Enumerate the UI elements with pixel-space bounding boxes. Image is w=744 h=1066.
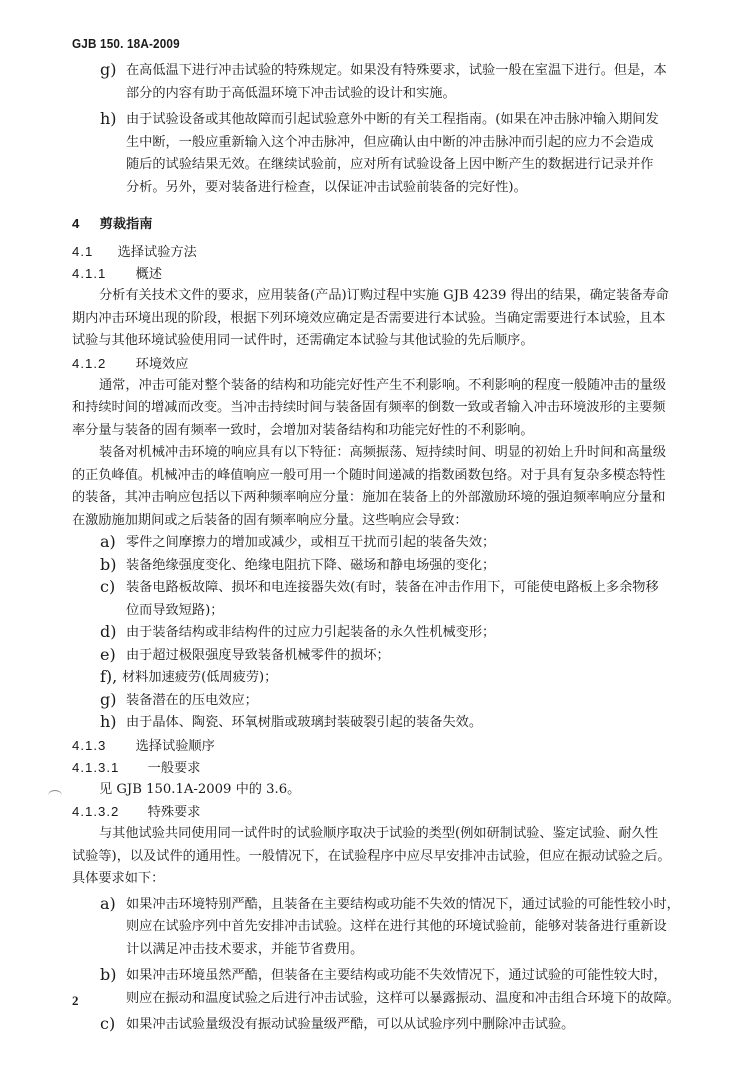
section-heading-4: 4 剪裁指南	[72, 213, 682, 235]
list-text-line: 生中断，一般应重新输入这个冲击脉冲，但应确认由中断的冲击脉冲而引起的应力不会造成	[126, 132, 682, 155]
paragraph-general-requirements: 见 GJB 150.1A-2009 中的 3.6。	[72, 779, 682, 802]
intro-list: g) 在高低温下进行冲击试验的特殊规定。如果没有特殊要求，试验一般在室温下进行。…	[72, 60, 682, 199]
paragraph-line: 试验等)，以及试件的通用性。一般情况下，在试验程序中应尽早安排冲击试验，但应在振…	[72, 846, 682, 869]
paragraph-line: 具体要求如下：	[72, 868, 682, 891]
section-title: 选择试验顺序	[136, 738, 215, 753]
list-text-line: 由于装备结构或非结构件的过应力引起装备的永久性机械变形；	[126, 622, 682, 645]
list-item-b: b) 如果冲击环境虽然严酷，但装备在主要结构或功能不失效情况下，通过试验的可能性…	[72, 965, 682, 1010]
section-title: 一般要求	[148, 760, 201, 775]
list-item-a: a) 如果冲击环境特别严酷，且装备在主要结构或功能不失效的情况下，通过试验的可能…	[72, 894, 682, 962]
list-text-line: 部分的内容有助于高低温环境下冲击试验的设计和实施。	[126, 83, 682, 106]
paragraph-line: 的装备，其冲击响应包括以下两种频率响应分量：施加在装备上的外部激励环境的强迫频率…	[72, 487, 682, 510]
list-label: h)	[100, 712, 117, 731]
list-text-line: 位而导致短路)；	[126, 600, 682, 623]
paragraph-line: 和持续时间的增减而改变。当冲击持续时间与装备固有频率的倒数一致或者输入冲击环境波…	[72, 397, 682, 420]
sequence-list: a) 如果冲击环境特别严酷，且装备在主要结构或功能不失效的情况下，通过试验的可能…	[72, 894, 682, 1037]
list-text-line: 在高低温下进行冲击试验的特殊规定。如果没有特殊要求，试验一般在室温下进行。但是，…	[126, 60, 682, 83]
section-number: 4.1	[72, 241, 114, 263]
paragraph-special-requirements: 与其他试验共同使用同一试件时的试验顺序取决于试验的类型(例如研制试验、鉴定试验、…	[72, 823, 682, 891]
list-item-a: a) 零件之间摩擦力的增加或减少，或相互干扰而引起的装备失效；	[72, 532, 682, 555]
section-number: 4.1.2	[72, 353, 132, 375]
list-item-g: g) 在高低温下进行冲击试验的特殊规定。如果没有特殊要求，试验一般在室温下进行。…	[72, 60, 682, 105]
list-text-line: 由于试验设备或其他故障而引起试验意外中断的有关工程指南。(如果在冲击脉冲输入期间…	[126, 109, 682, 132]
section-heading-4-1-3: 4.1.3 选择试验顺序	[72, 735, 682, 757]
list-label: a)	[100, 894, 116, 913]
paragraph-line: 试验与其他环境试验使用同一试件时，还需确定本试验与其他试验的先后顺序。	[72, 330, 682, 353]
list-text-line: 如果冲击环境特别严酷，且装备在主要结构或功能不失效的情况下，通过试验的可能性较小…	[126, 894, 682, 917]
list-text-line: 装备绝缘强度变化、绝缘电阻抗下降、磁场和静电场强的变化；	[126, 555, 682, 578]
paragraph-line: 在激励施加期间或之后装备的固有频率响应分量。这些响应会导致：	[72, 510, 682, 533]
section-number: 4	[72, 213, 96, 235]
list-item-g: g) 装备潜在的压电效应；	[72, 690, 682, 713]
section-heading-4-1-3-2: 4.1.3.2 特殊要求	[72, 801, 682, 823]
list-text-line: 则应在振动和温度试验之后进行冲击试验，这样可以暴露振动、温度和冲击组合环境下的故…	[126, 988, 682, 1011]
list-item-c: c) 装备电路板故障、损坏和电连接器失效(有时，装备在冲击作用下，可能使电路板上…	[72, 577, 682, 622]
document-id-header: GJB 150. 18A-2009	[72, 36, 180, 51]
paragraph-line: 通常，冲击可能对整个装备的结构和功能完好性产生不利影响。不利影响的程度一般随冲击…	[72, 375, 682, 398]
list-item-f: f), 材料加速疲劳(低周疲劳)；	[72, 667, 682, 690]
list-item-b: b) 装备绝缘强度变化、绝缘电阻抗下降、磁场和静电场强的变化；	[72, 555, 682, 578]
list-text-line: 则应在试验序列中首先安排冲击试验。这样在进行其他的环境试验前，能够对装备进行重新…	[126, 916, 682, 939]
scan-margin-mark	[48, 790, 62, 801]
list-text-line: 装备潜在的压电效应；	[126, 690, 682, 713]
paragraph-line: 期内冲击环境出现的阶段，根据下列环境效应确定是否需要进行本试验。当确定需要进行本…	[72, 308, 682, 331]
paragraph-line: 装备对机械冲击环境的响应具有以下特征：高频振荡、短持续时间、明显的初始上升时间和…	[72, 442, 682, 465]
list-text-line: 由于超过极限强度导致装备机械零件的损坏；	[126, 645, 682, 668]
paragraph-line: 分析有关技术文件的要求，应用装备(产品)订购过程中实施 GJB 4239 得出的…	[72, 285, 682, 308]
list-text-line: 随后的试验结果无效。在继续试验前，应对所有试验设备上因中断产生的数据进行记录并作	[126, 154, 682, 177]
list-text-line: 分析。另外，要对装备进行检查，以保证冲击试验前装备的完好性)。	[126, 177, 682, 200]
list-text-line: 装备电路板故障、损坏和电连接器失效(有时，装备在冲击作用下，可能使电路板上多余物…	[126, 577, 682, 600]
effects-list: a) 零件之间摩擦力的增加或减少，或相互干扰而引起的装备失效； b) 装备绝缘强…	[72, 532, 682, 735]
list-text-line: 如果冲击环境虽然严酷，但装备在主要结构或功能不失效情况下，通过试验的可能性较大时…	[126, 965, 682, 988]
list-item-h: h) 由于晶体、陶瓷、环氧树脂或玻璃封装破裂引起的装备失效。	[72, 712, 682, 735]
paragraph-overview: 分析有关技术文件的要求，应用装备(产品)订购过程中实施 GJB 4239 得出的…	[72, 285, 682, 353]
section-number: 4.1.3.2	[72, 801, 144, 823]
page-number: 2	[72, 993, 79, 1009]
list-label: h)	[100, 109, 117, 128]
section-heading-4-1-2: 4.1.2 环境效应	[72, 353, 682, 375]
list-label: e)	[100, 645, 116, 664]
list-text-line: 材料加速疲劳(低周疲劳)；	[122, 667, 682, 690]
list-item-d: d) 由于装备结构或非结构件的过应力引起装备的永久性机械变形；	[72, 622, 682, 645]
section-title: 选择试验方法	[118, 244, 197, 259]
section-number: 4.1.3.1	[72, 757, 144, 779]
section-title: 特殊要求	[148, 804, 201, 819]
list-text-line: 由于晶体、陶瓷、环氧树脂或玻璃封装破裂引起的装备失效。	[126, 712, 682, 735]
list-label: d)	[100, 622, 116, 641]
section-heading-4-1: 4.1 选择试验方法	[72, 241, 682, 263]
paragraph-effects-1: 通常，冲击可能对整个装备的结构和功能完好性产生不利影响。不利影响的程度一般随冲击…	[72, 375, 682, 443]
list-text-line: 计以满足冲击技术要求，并能节省费用。	[126, 939, 682, 962]
list-label: c)	[100, 577, 115, 596]
list-text-line: 零件之间摩擦力的增加或减少，或相互干扰而引起的装备失效；	[126, 532, 682, 555]
section-title: 概述	[136, 266, 162, 281]
list-label: c)	[100, 1014, 115, 1033]
list-label: a)	[100, 532, 116, 551]
paragraph-line: 见 GJB 150.1A-2009 中的 3.6。	[72, 779, 682, 802]
section-number: 4.1.3	[72, 735, 132, 757]
list-item-c: c) 如果冲击试验量级没有振动试验量级严酷，可以从试验序列中删除冲击试验。	[72, 1014, 682, 1037]
paragraph-effects-2: 装备对机械冲击环境的响应具有以下特征：高频振荡、短持续时间、明显的初始上升时间和…	[72, 442, 682, 532]
list-label: f),	[100, 667, 117, 686]
list-text-line: 如果冲击试验量级没有振动试验量级严酷，可以从试验序列中删除冲击试验。	[126, 1014, 682, 1037]
list-label: g)	[100, 690, 116, 709]
page-content: g) 在高低温下进行冲击试验的特殊规定。如果没有特殊要求，试验一般在室温下进行。…	[72, 60, 682, 1037]
list-label: b)	[100, 965, 116, 984]
list-label: g)	[100, 60, 116, 79]
section-title: 剪裁指南	[100, 216, 153, 231]
paragraph-line: 的正负峰值。机械冲击的峰值响应一般可用一个随时间递减的指数函数包络。对于具有复杂…	[72, 465, 682, 488]
list-item-h: h) 由于试验设备或其他故障而引起试验意外中断的有关工程指南。(如果在冲击脉冲输…	[72, 109, 682, 199]
paragraph-line: 率分量与装备的固有频率一致时，会增加对装备结构和功能完好性的不利影响。	[72, 420, 682, 443]
section-number: 4.1.1	[72, 263, 132, 285]
list-label: b)	[100, 555, 116, 574]
paragraph-line: 与其他试验共同使用同一试件时的试验顺序取决于试验的类型(例如研制试验、鉴定试验、…	[72, 823, 682, 846]
section-heading-4-1-3-1: 4.1.3.1 一般要求	[72, 757, 682, 779]
section-heading-4-1-1: 4.1.1 概述	[72, 263, 682, 285]
section-title: 环境效应	[136, 356, 189, 371]
list-item-e: e) 由于超过极限强度导致装备机械零件的损坏；	[72, 645, 682, 668]
